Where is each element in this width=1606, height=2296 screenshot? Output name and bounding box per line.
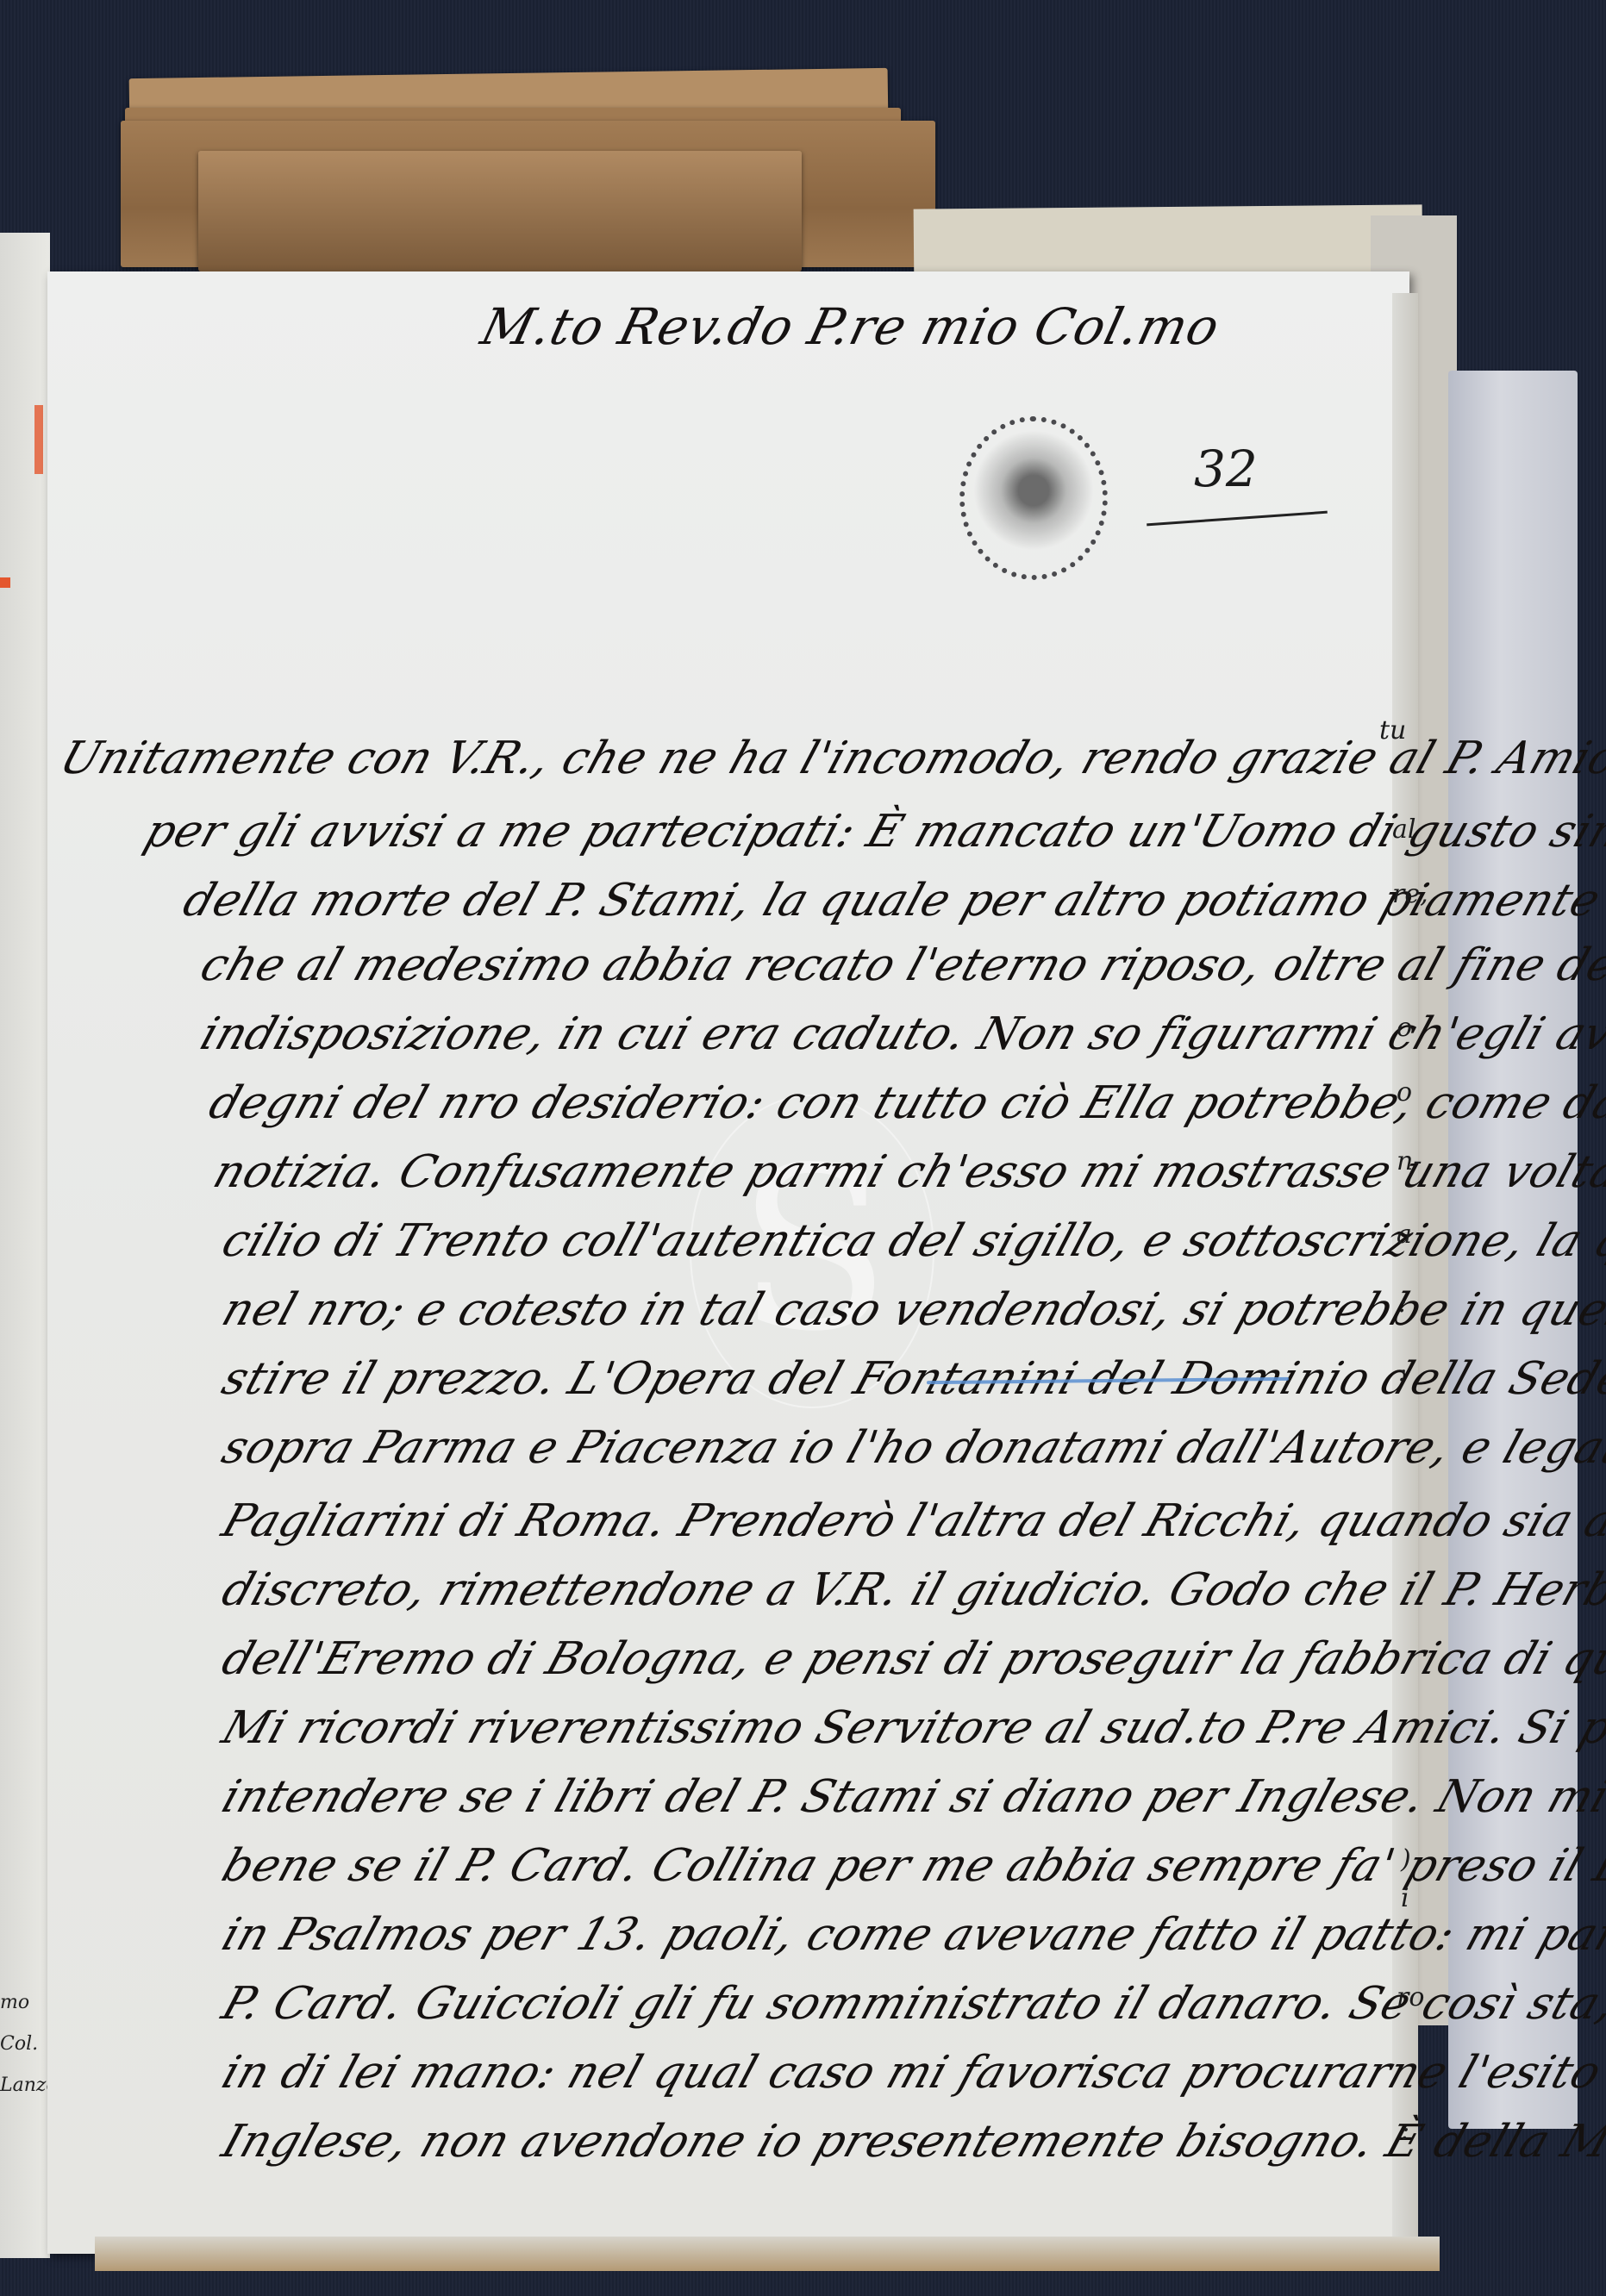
red-tab-marker <box>0 577 10 588</box>
margin-fragment: : <box>1401 2116 1409 2146</box>
margin-fragment: : <box>1398 1288 1407 1319</box>
text-line: in Psalmos per 13. paoli, come avevane f… <box>216 1909 1606 1961</box>
margin-fragment: o <box>1397 1077 1412 1107</box>
previous-page-handwriting: mo Col. Lanze <box>0 1982 50 2112</box>
margin-fragment: n- <box>1397 1146 1422 1176</box>
text-line: sopra Parma e Piacenza io l'ho donatami … <box>216 1422 1606 1474</box>
text-line: che al medesimo abbia recato l'eterno ri… <box>194 939 1606 991</box>
previous-page-edge <box>0 233 50 2258</box>
text-line: bene se il P. Card. Collina per me abbia… <box>216 1840 1606 1892</box>
margin-fragment: : <box>1398 1357 1407 1388</box>
margin-fragment: ) <box>1401 1844 1411 1875</box>
margin-fragment: i <box>1401 1883 1409 1913</box>
red-tab-marker <box>34 405 43 474</box>
margin-fragment: a <box>1397 1220 1412 1250</box>
margin-fragment: al <box>1392 814 1415 845</box>
text-line: in di lei mano: nel qual caso mi favoris… <box>216 2047 1606 2099</box>
text-line: Mi ricordi riverentissimo Servitore al s… <box>216 1702 1606 1754</box>
brown-folder-inner <box>198 151 802 271</box>
margin-fragment: re, <box>1392 879 1428 909</box>
text-line: dell'Eremo di Bologna, e pensi di proseg… <box>216 1633 1606 1685</box>
text-line: degni del nro desiderio: con tutto ciò E… <box>203 1077 1606 1129</box>
archive-stamp-icon <box>959 416 1108 580</box>
text-line: Pagliarini di Roma. Prenderò l'altra del… <box>216 1495 1606 1547</box>
text-line: indisposizione, in cui era caduto. Non s… <box>194 1008 1606 1060</box>
margin-fragment: tu <box>1379 715 1406 746</box>
text-line: intendere se i libri del P. Stami si dia… <box>216 1771 1606 1823</box>
margin-fragment: o <box>1397 1013 1412 1043</box>
letter-salutation: M.to Rev.do P.re mio Col.mo <box>476 297 1227 356</box>
page-bottom-edge <box>95 2237 1440 2271</box>
text-line: discreto, rimettendone a V.R. il giudici… <box>216 1564 1606 1616</box>
folio-number: 32 <box>1194 440 1258 498</box>
text-line: per gli avvisi a me partecipati: È manca… <box>138 806 1606 858</box>
margin-fragment: ro <box>1397 1982 1424 2012</box>
text-line: Inglese, non avendone io presentemente b… <box>216 2116 1606 2168</box>
text-line: Unitamente con V.R., che ne ha l'incomod… <box>53 733 1606 784</box>
